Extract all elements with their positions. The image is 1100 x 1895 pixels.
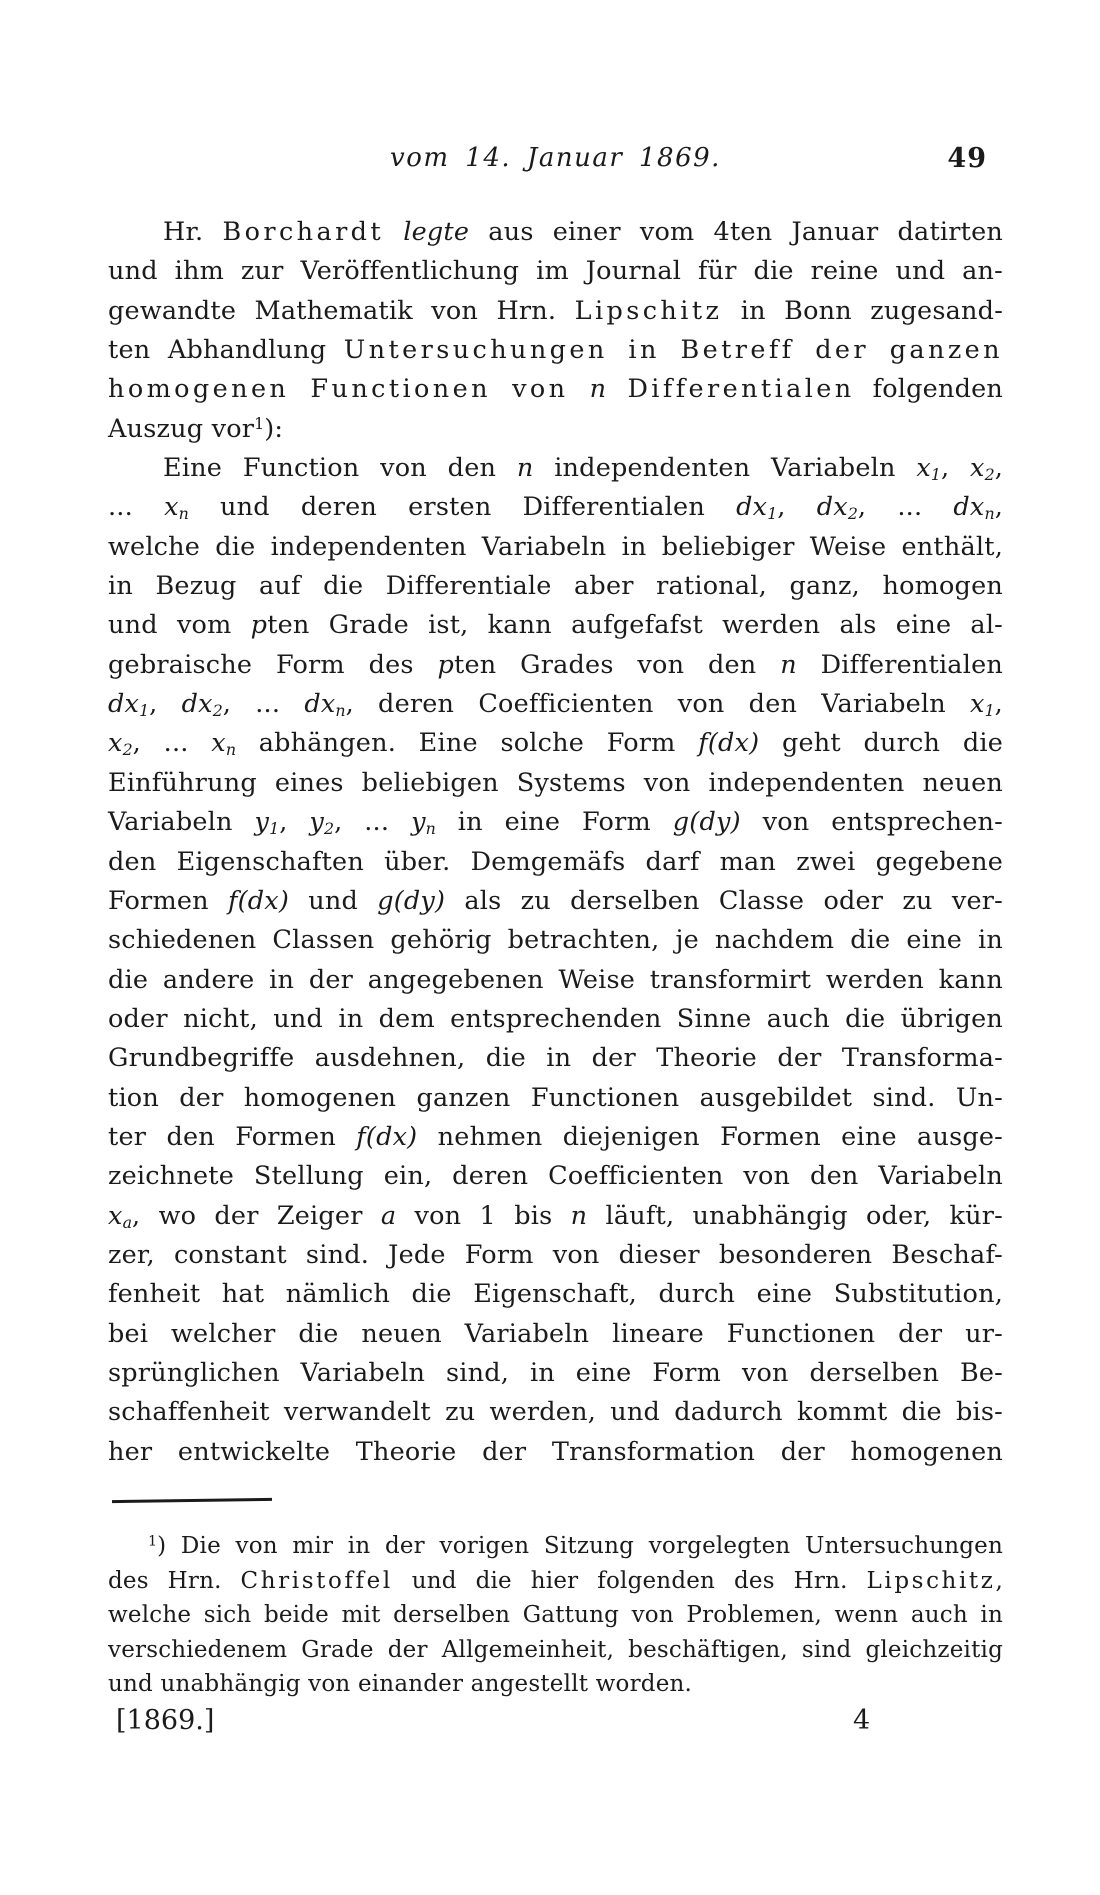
- volume-mark: [1869.]: [116, 1705, 214, 1736]
- article-body: Hr. Borchardt legte aus einer vom 4ten J…: [108, 213, 1003, 1472]
- text-line: gebraische Form des pten Grades von den …: [108, 646, 1003, 685]
- text-line: gewandte Mathematik von Hrn. Lipschitz i…: [108, 292, 1003, 331]
- text-line: 1) Die von mir in der vorigen Sitzung vo…: [108, 1529, 1003, 1564]
- running-header: vom 14. Januar 1869. 49: [108, 143, 1003, 179]
- text-line: welche die independenten Variabeln in be…: [108, 528, 1003, 567]
- text-line: dx1, dx2, ... dxn, deren Coefficienten v…: [108, 685, 1003, 724]
- text-line: Formen f(dx) und g(dy) als zu derselben …: [108, 882, 1003, 921]
- text-line: fenheit hat nämlich die Eigenschaft, dur…: [108, 1275, 1003, 1314]
- footnote: 1) Die von mir in der vorigen Sitzung vo…: [108, 1529, 1003, 1702]
- text-line: zer, constant sind. Jede Form von dieser…: [108, 1236, 1003, 1275]
- text-line: oder nicht, und in dem entsprechenden Si…: [108, 1000, 1003, 1039]
- text-line: xa, wo der Zeiger a von 1 bis n läuft, u…: [108, 1197, 1003, 1236]
- text-line: bei welcher die neuen Variabeln lineare …: [108, 1315, 1003, 1354]
- text-line: ... xn und deren ersten Differentialen d…: [108, 488, 1003, 527]
- text-line: den Eigenschaften über. Demgemäfs darf m…: [108, 843, 1003, 882]
- text-line: Hr. Borchardt legte aus einer vom 4ten J…: [108, 213, 1003, 252]
- text-line: her entwickelte Theorie der Transformati…: [108, 1433, 1003, 1472]
- text-line: Eine Function von den n independenten Va…: [108, 449, 1003, 488]
- signature-mark: 4: [853, 1705, 870, 1736]
- footnote-separator-rule: [112, 1498, 272, 1503]
- text-line: zeichnete Stellung ein, deren Coefficien…: [108, 1157, 1003, 1196]
- text-line: und ihm zur Veröffentlichung im Journal …: [108, 252, 1003, 291]
- text-line: Grundbegriffe ausdehnen, die in der Theo…: [108, 1039, 1003, 1078]
- text-line: die andere in der angegebenen Weise tran…: [108, 961, 1003, 1000]
- page-number: 49: [947, 143, 987, 174]
- page-footer: [1869.] 4: [108, 1705, 1003, 1745]
- text-line: schaffenheit verwandelt zu werden, und d…: [108, 1393, 1003, 1432]
- text-line: Variabeln y1, y2, ... yn in eine Form g(…: [108, 803, 1003, 842]
- text-line: homogenen Functionen von n Differentiale…: [108, 370, 1003, 409]
- text-line: Einführung eines beliebigen Systems von …: [108, 764, 1003, 803]
- document-page: vom 14. Januar 1869. 49 Hr. Borchardt le…: [0, 0, 1100, 1895]
- text-line: und vom pten Grade ist, kann aufgefafst …: [108, 606, 1003, 645]
- text-line: sprünglichen Variabeln sind, in eine For…: [108, 1354, 1003, 1393]
- text-line: verschiedenem Grade der Allgemeinheit, b…: [108, 1633, 1003, 1668]
- text-line: x2, ... xn abhängen. Eine solche Form f(…: [108, 724, 1003, 763]
- running-header-title: vom 14. Januar 1869.: [108, 143, 1003, 173]
- text-line: ten Abhandlung Untersuchungen in Betreff…: [108, 331, 1003, 370]
- text-line: welche sich beide mit derselben Gattung …: [108, 1598, 1003, 1633]
- text-line: Auszug vor1):: [108, 410, 1003, 449]
- text-line: tion der homogenen ganzen Functionen aus…: [108, 1079, 1003, 1118]
- text-line: ter den Formen f(dx) nehmen diejenigen F…: [108, 1118, 1003, 1157]
- text-line: in Bezug auf die Differentiale aber rati…: [108, 567, 1003, 606]
- text-line: und unabhängig von einander angestellt w…: [108, 1667, 1003, 1702]
- text-line: des Hrn. Christoffel und die hier folgen…: [108, 1564, 1003, 1599]
- text-line: schiedenen Classen gehörig betrachten, j…: [108, 921, 1003, 960]
